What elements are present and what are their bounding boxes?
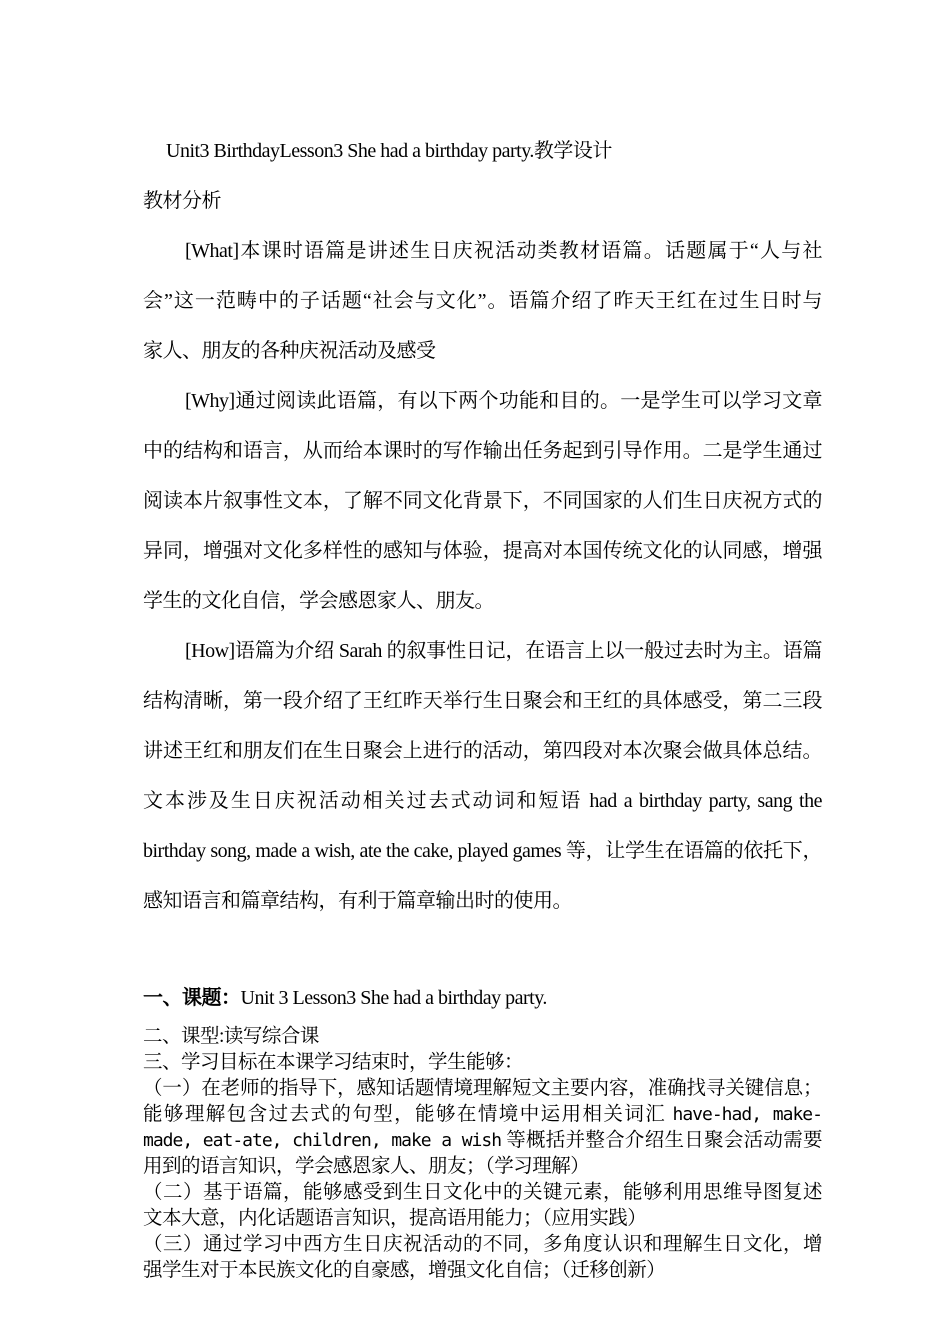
why-paragraph-line-2: 中的结构和语言，从而给本课时的写作输出任务起到引导作用。二是学生通过 xyxy=(143,426,822,476)
why-paragraph-line-1: [Why]通过阅读此语篇，有以下两个功能和目的。一是学生可以学习文章 xyxy=(143,376,822,426)
how-paragraph-line-1: [How]语篇为介绍 Sarah 的叙事性日记，在语言上以一般过去时为主。语篇 xyxy=(143,626,822,676)
objective-1-line-1: （一）在老师的指导下，感知话题情境理解短文主要内容，准确找寻关键信息； xyxy=(143,1076,822,1102)
document-title-chinese: 教学设计 xyxy=(534,140,612,162)
what-paragraph-line-2: 会”这一范畴中的子话题“社会与文化”。语篇介绍了昨天王红在过生日时与 xyxy=(143,276,822,326)
how-paragraph-line-5: birthday song, made a wish, ate the cake… xyxy=(143,826,822,876)
objective-2-line-2: 文本大意，内化话题语言知识，提高语用能力；（应用实践） xyxy=(143,1206,822,1232)
how-paragraph-line-2: 结构清晰，第一段介绍了王红昨天举行生日聚会和王红的具体感受，第二三段 xyxy=(143,676,822,726)
objective-1-line-3: made, eat-ate, children, make a wish 等概括… xyxy=(143,1128,822,1154)
objective-3-line-2: 强学生对于本民族文化的自豪感，增强文化自信；（迁移创新） xyxy=(143,1258,822,1284)
what-paragraph-line-1: [What]本课时语篇是讲述生日庆祝活动类教材语篇。话题属于“人与社 xyxy=(143,226,822,276)
objective-1-line-4: 用到的语言知识，学会感恩家人、朋友；（学习理解） xyxy=(143,1154,822,1180)
lesson-outline-block: 一、课题：Unit 3 Lesson3 She had a birthday p… xyxy=(143,985,822,1284)
objective-1-line-2-vocab: have-had, make- xyxy=(673,1104,822,1125)
objective-3-line-1: （三）通过学习中西方生日庆祝活动的不同，多角度认识和理解生日文化，增 xyxy=(143,1232,822,1258)
outline-item-topic-text: Unit 3 Lesson3 She had a birthday party. xyxy=(241,987,547,1009)
what-paragraph-line-3: 家人、朋友的各种庆祝活动及感受 xyxy=(143,326,822,376)
document-page: Unit3 BirthdayLesson3 She had a birthday… xyxy=(0,0,950,1344)
outline-item-lesson-type: 二、课型:读写综合课 xyxy=(143,1024,822,1050)
outline-item-topic-label: 一、课题： xyxy=(143,987,241,1009)
section-heading-material-analysis: 教材分析 xyxy=(143,176,822,226)
outline-item-objectives-heading: 三、学习目标在本课学习结束时，学生能够： xyxy=(143,1050,822,1076)
why-paragraph-line-4: 异同，增强对文化多样性的感知与体验，提高对本国传统文化的认同感，增强 xyxy=(143,526,822,576)
how-paragraph-line-3: 讲述王红和朋友们在生日聚会上进行的活动，第四段对本次聚会做具体总结。 xyxy=(143,726,822,776)
how-paragraph-line-6: 感知语言和篇章结构，有利于篇章输出时的使用。 xyxy=(143,876,822,926)
outline-item-topic: 一、课题：Unit 3 Lesson3 She had a birthday p… xyxy=(143,985,822,1011)
document-content: Unit3 BirthdayLesson3 She had a birthday… xyxy=(143,0,822,1284)
objective-1-line-2: 能够理解包含过去式的句型，能够在情境中运用相关词汇 have-had, make… xyxy=(143,1102,822,1128)
why-paragraph-line-5: 学生的文化自信，学会感恩家人、朋友。 xyxy=(143,576,822,626)
document-title-english: Unit3 BirthdayLesson3 She had a birthday… xyxy=(166,140,534,162)
objective-2-line-1: （二）基于语篇，能够感受到生日文化中的关键元素，能够利用思维导图复述 xyxy=(143,1180,822,1206)
objective-1-line-3-chinese: 等概括并整合介绍生日聚会活动需要 xyxy=(501,1130,822,1151)
material-analysis-block: Unit3 BirthdayLesson3 She had a birthday… xyxy=(143,0,822,926)
document-title: Unit3 BirthdayLesson3 She had a birthday… xyxy=(143,126,822,176)
objective-1-line-3-vocab: made, eat-ate, children, make a wish xyxy=(143,1130,501,1151)
why-paragraph-line-3: 阅读本片叙事性文本，了解不同文化背景下，不同国家的人们生日庆祝方式的 xyxy=(143,476,822,526)
objective-1-line-2-chinese: 能够理解包含过去式的句型，能够在情境中运用相关词汇 xyxy=(143,1104,673,1125)
how-paragraph-line-4: 文本涉及生日庆祝活动相关过去式动词和短语 had a birthday part… xyxy=(143,776,822,826)
